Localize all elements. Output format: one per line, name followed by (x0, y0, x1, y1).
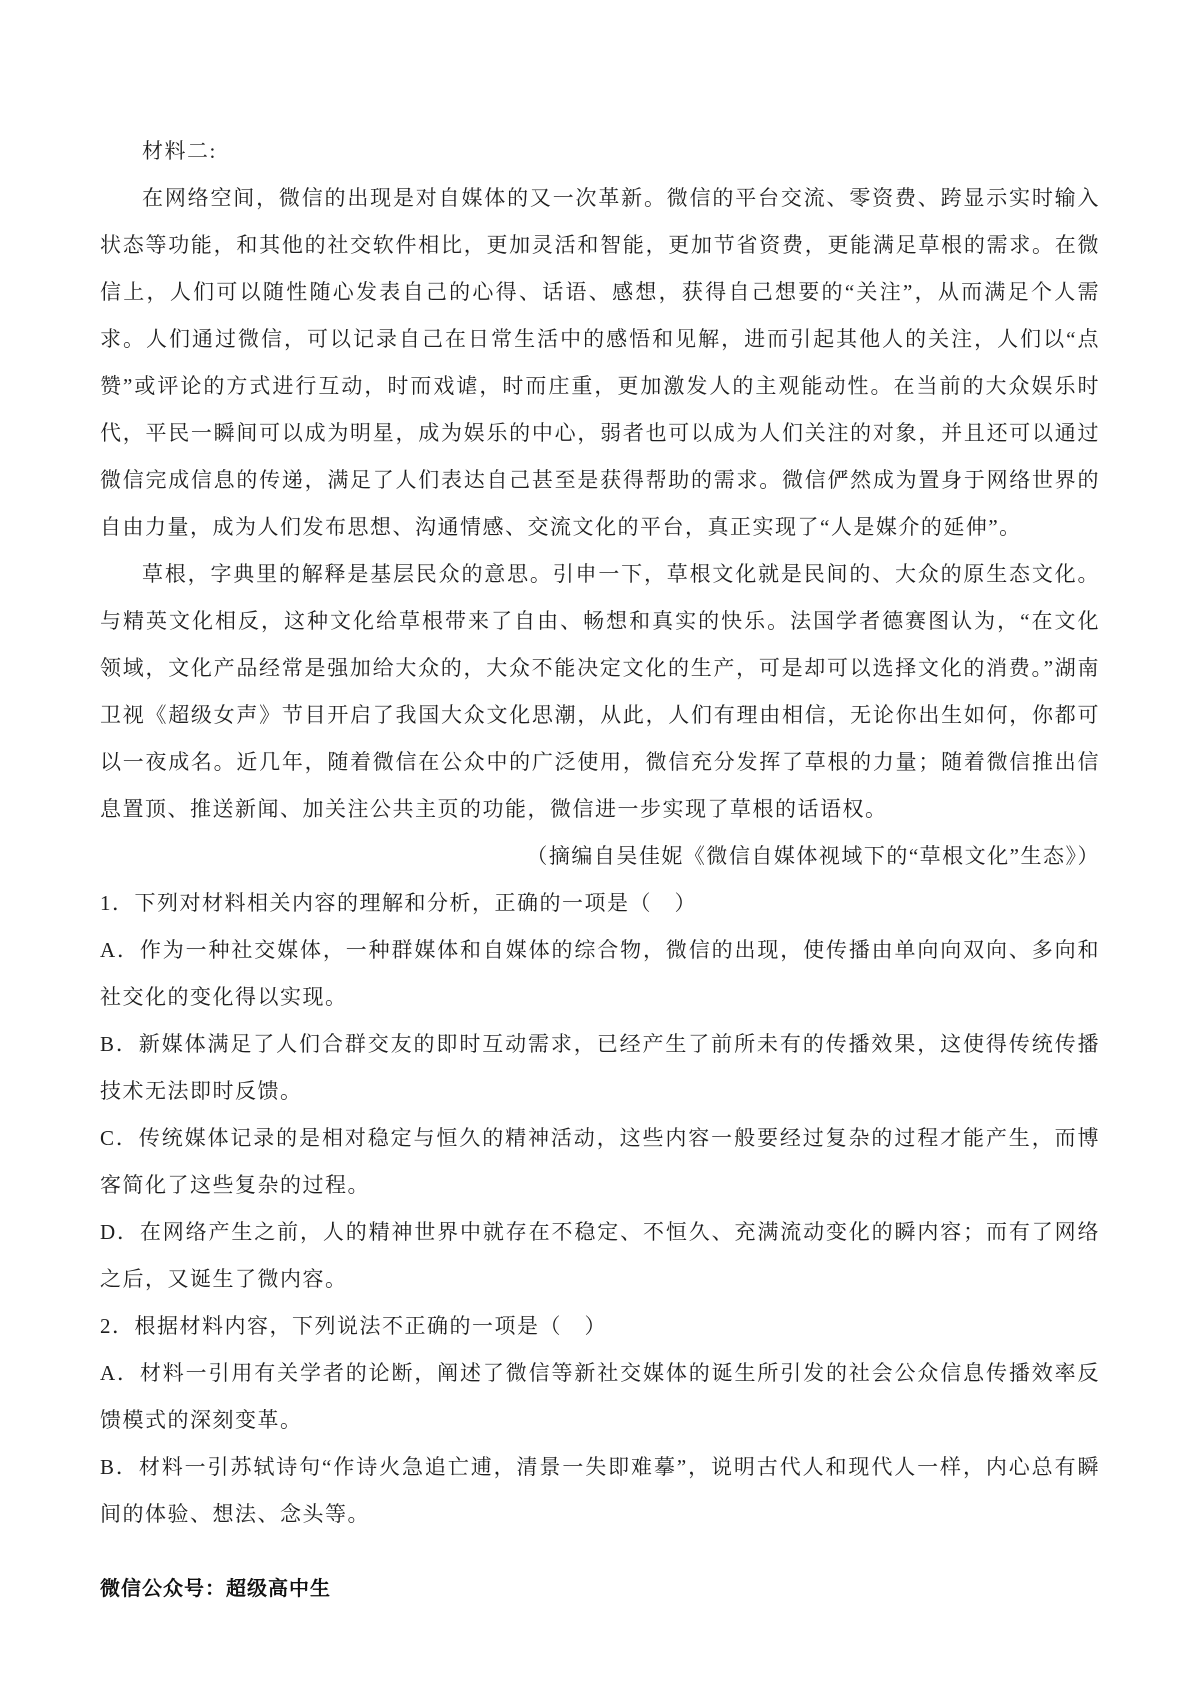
source-attribution: （摘编自吴佳妮《微信自媒体视域下的“草根文化”生态》） (100, 833, 1100, 880)
question-2-option-b: B．材料一引苏轼诗句“作诗火急追亡逋，清景一失即难摹”，说明古代人和现代人一样，… (100, 1444, 1100, 1538)
material-paragraph-1: 在网络空间，微信的出现是对自媒体的又一次革新。微信的平台交流、零资费、跨显示实时… (100, 175, 1100, 551)
exam-page-content: 材料二: 在网络空间，微信的出现是对自媒体的又一次革新。微信的平台交流、零资费、… (0, 0, 1200, 1538)
question-1-option-c: C．传统媒体记录的是相对稳定与恒久的精神活动，这些内容一般要经过复杂的过程才能产… (100, 1115, 1100, 1209)
material-paragraph-2: 草根，字典里的解释是基层民众的意思。引申一下，草根文化就是民间的、大众的原生态文… (100, 551, 1100, 833)
footer-wechat-public-account: 微信公众号：超级高中生 (100, 1572, 331, 1601)
material-two-heading: 材料二: (100, 128, 1100, 175)
question-1-stem: 1．下列对材料相关内容的理解和分析，正确的一项是（ ） (100, 880, 1100, 927)
question-1-option-a: A．作为一种社交媒体，一种群媒体和自媒体的综合物，微信的出现，使传播由单向向双向… (100, 927, 1100, 1021)
question-1-option-b: B．新媒体满足了人们合群交友的即时互动需求，已经产生了前所未有的传播效果，这使得… (100, 1021, 1100, 1115)
question-1-option-d: D．在网络产生之前，人的精神世界中就存在不稳定、不恒久、充满流动变化的瞬内容；而… (100, 1209, 1100, 1303)
question-2-option-a: A．材料一引用有关学者的论断，阐述了微信等新社交媒体的诞生所引发的社会公众信息传… (100, 1350, 1100, 1444)
question-2-stem: 2．根据材料内容，下列说法不正确的一项是（ ） (100, 1303, 1100, 1350)
